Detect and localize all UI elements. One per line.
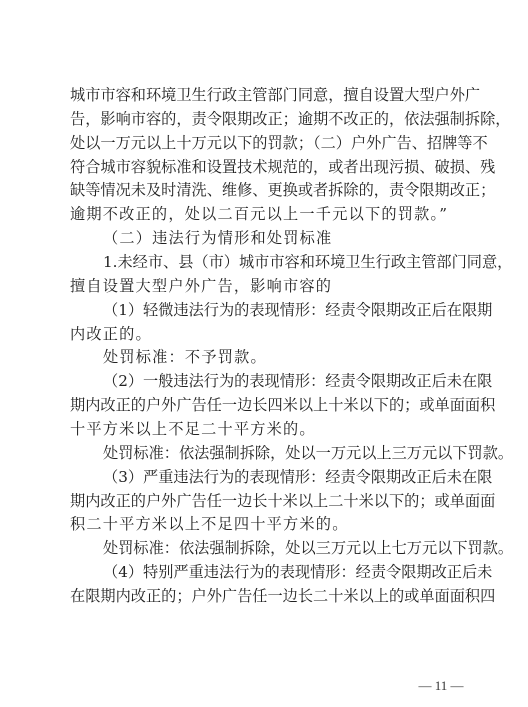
text-line: 符合城市容貌标准和设置技术规范的，或者出现污损、破损、残 [70,156,464,180]
document-page: 城市市容和环境卫生行政主管部门同意，擅自设置大型户外广 告，影响市容的，责令限期… [0,0,528,707]
text-line: 期内改正的户外广告任一边长十米以上二十米以下的；或单面面 [70,490,464,514]
text-line: 1.未经市、县（市）城市市容和环境卫生行政主管部门同意， [70,251,464,275]
text-line: （1）轻微违法行为的表现情形：经责令限期改正后在限期 [70,299,464,323]
text-line: 城市市容和环境卫生行政主管部门同意，擅自设置大型户外广 [70,84,464,108]
text-line: 处以一万元以上十万元以下的罚款；（二）户外广告、招牌等不 [70,132,464,156]
page-number: — 11 — [418,678,464,694]
text-line: （2）一般违法行为的表现情形：经责令限期改正后未在限 [70,370,464,394]
penalty-standard-line: 处罚标准：依法强制拆除，处以一万元以上三万元以下罚款。 [70,442,464,466]
text-line: 十平方米以上不足二十平方米的。 [70,418,464,442]
section-heading: （二）违法行为情形和处罚标准 [70,227,464,251]
text-line: （4）特别严重违法行为的表现情形：经责令限期改正后未 [70,561,464,585]
text-line: 擅自设置大型户外广告，影响市容的 [70,275,464,299]
text-line: （3）严重违法行为的表现情形：经责令限期改正后未在限 [70,466,464,490]
document-body: 城市市容和环境卫生行政主管部门同意，擅自设置大型户外广 告，影响市容的，责令限期… [70,84,464,609]
text-line: 积二十平方米以上不足四十平方米的。 [70,513,464,537]
text-line: 告，影响市容的，责令限期改正；逾期不改正的，依法强制拆除， [70,108,464,132]
text-line: 内改正的。 [70,323,464,347]
penalty-standard-line: 处罚标准：不予罚款。 [70,346,464,370]
text-line: 期内改正的户外广告任一边长四米以上十米以下的；或单面面积 [70,394,464,418]
text-line: 缺等情况未及时清洗、维修、更换或者拆除的，责令限期改正； [70,179,464,203]
text-line: 逾期不改正的，处以二百元以上一千元以下的罚款。” [70,203,464,227]
text-line: 在限期内改正的；户外广告任一边长二十米以上的或单面面积四 [70,585,464,609]
penalty-standard-line: 处罚标准：依法强制拆除，处以三万元以上七万元以下罚款。 [70,537,464,561]
